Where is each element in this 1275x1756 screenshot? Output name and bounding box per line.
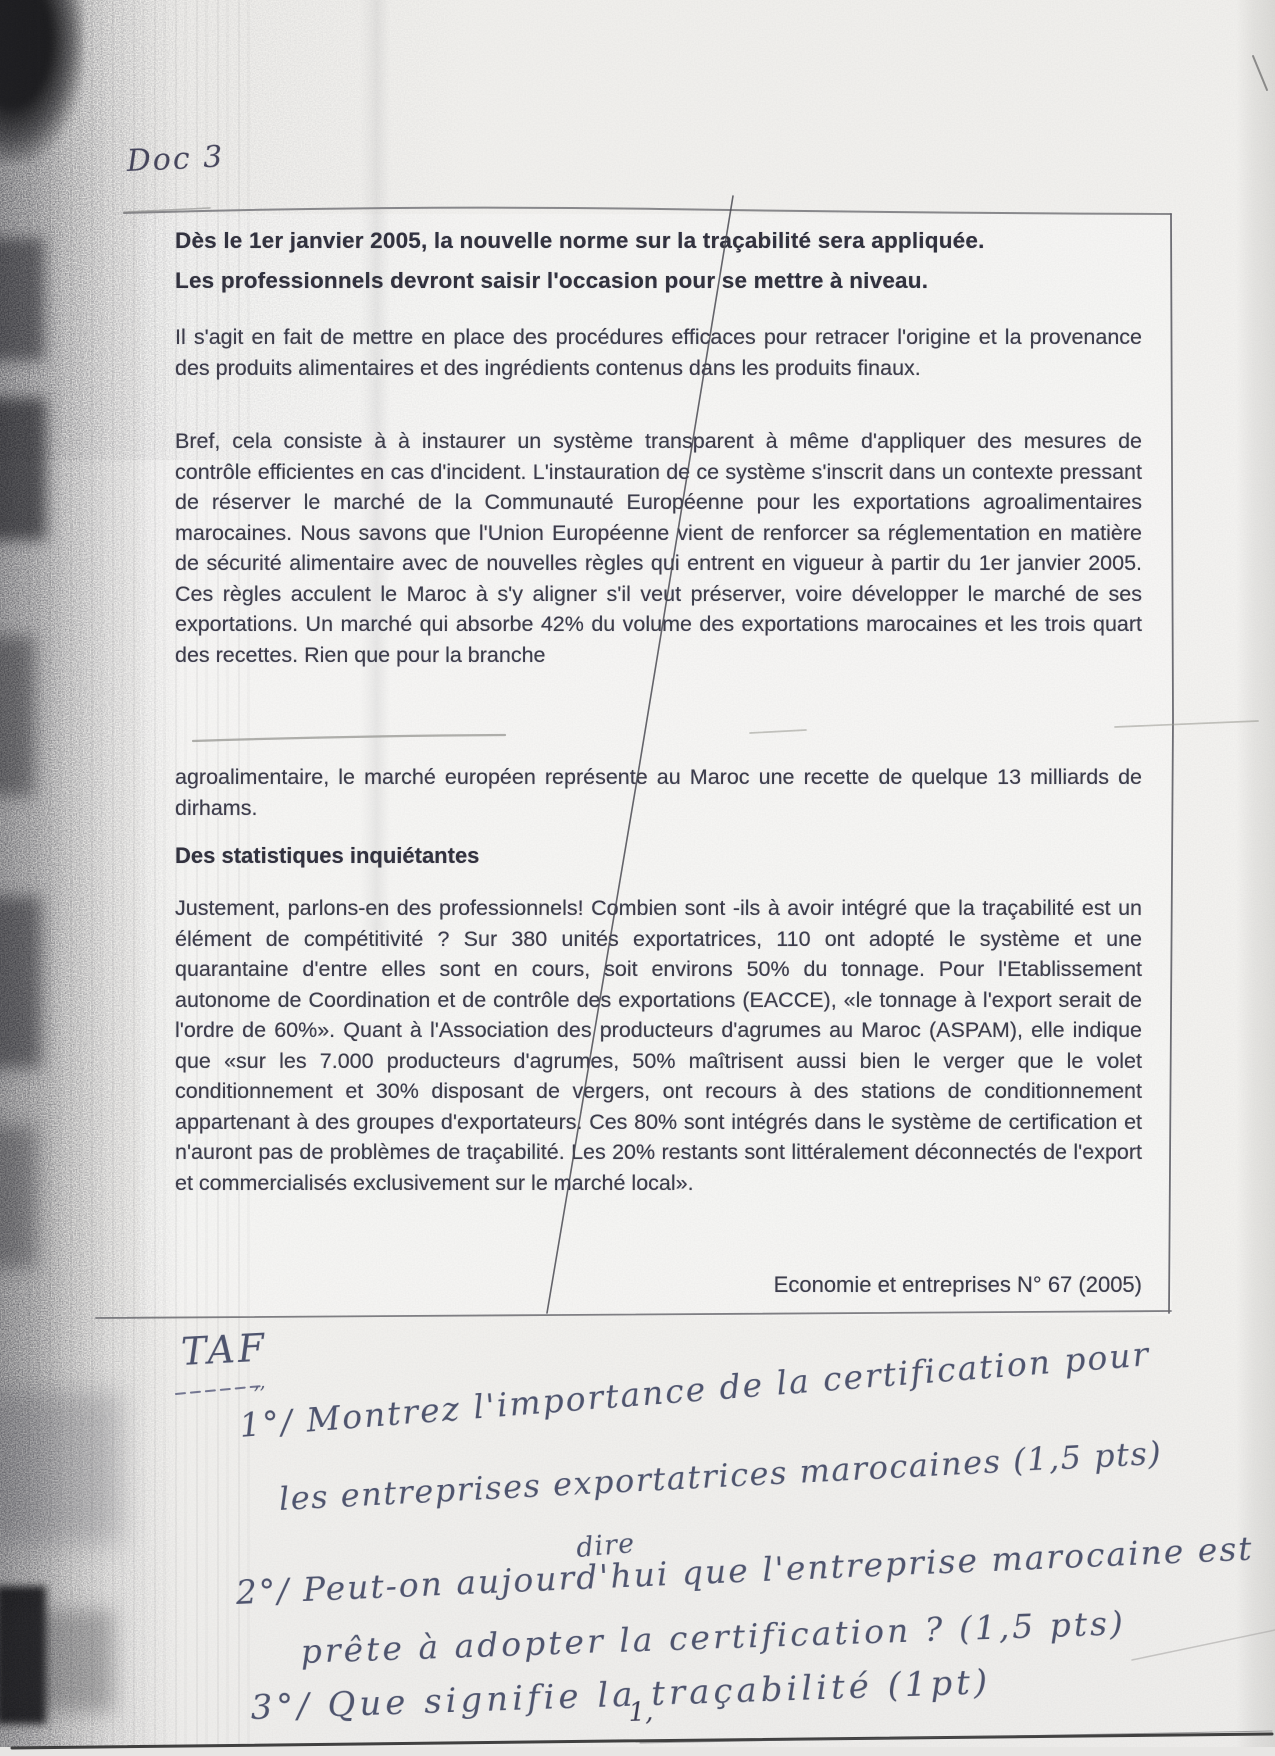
scan-blot xyxy=(0,398,46,540)
taf-label: TAF xyxy=(180,1325,268,1373)
page-number-mark: 1, xyxy=(628,1697,654,1728)
top-right-corner-mark xyxy=(1253,56,1267,90)
question-2-line-1: 2°/ Peut-on aujourd'hui que l'entreprise… xyxy=(235,1529,1254,1612)
scan-left-band xyxy=(0,0,155,1756)
article-stats-paragraph: Justement, parlons-en des professionnels… xyxy=(175,893,1142,1198)
question-2-line-2: prête à adopter la certification ? (1,5 … xyxy=(300,1603,1126,1671)
article-subheading: Des statistiques inquiétantes xyxy=(175,843,479,869)
scan-blot xyxy=(0,1126,36,1268)
scanned-document-page: Doc 3 Dès le 1er janvier 2005, la nouvel… xyxy=(0,0,1275,1756)
taf-underline xyxy=(176,1386,262,1394)
sheet-bottom-edge-highlight xyxy=(640,1731,1272,1743)
article-headline-line-1: Dès le 1er janvier 2005, la nouvelle nor… xyxy=(175,228,1150,254)
question-3-line-1: 3°/ Que signifie la traçabilité (1pt) xyxy=(250,1662,992,1728)
scan-blot-top-left xyxy=(0,0,84,163)
taf-marks: ,, xyxy=(252,1371,266,1394)
scan-blot xyxy=(0,896,41,1068)
question-1-line-2: les entreprises exportatrices marocaines… xyxy=(278,1434,1163,1518)
question-1-line-1: 1°/ Montrez l'importance de la certifica… xyxy=(238,1334,1151,1445)
scan-blot-bottom-left xyxy=(0,1586,46,1724)
sheet-bottom-edge-line xyxy=(12,1734,1272,1748)
scan-blot xyxy=(0,1610,114,1712)
article-intro-paragraph: Il s'agit en fait de mettre en place des… xyxy=(175,322,1142,383)
scan-blot xyxy=(0,636,34,796)
scan-smudge xyxy=(0,1392,122,1544)
page-bottom-margin xyxy=(0,1747,1275,1756)
page-right-edge-shadow xyxy=(1236,0,1275,1756)
source-citation: Economie et entreprises N° 67 (2005) xyxy=(774,1272,1142,1298)
bottom-right-edge-line xyxy=(1132,1630,1275,1660)
article-headline-line-2: Les professionnels devront saisir l'occa… xyxy=(175,268,1150,294)
scan-blot xyxy=(0,238,44,360)
article-revenue-paragraph: agroalimentaire, le marché européen repr… xyxy=(175,762,1142,823)
doc-number-label: Doc 3 xyxy=(126,140,225,179)
article-context-paragraph: Bref, cela consiste à à instaurer un sys… xyxy=(175,426,1142,670)
doc-label-underline xyxy=(124,208,210,212)
